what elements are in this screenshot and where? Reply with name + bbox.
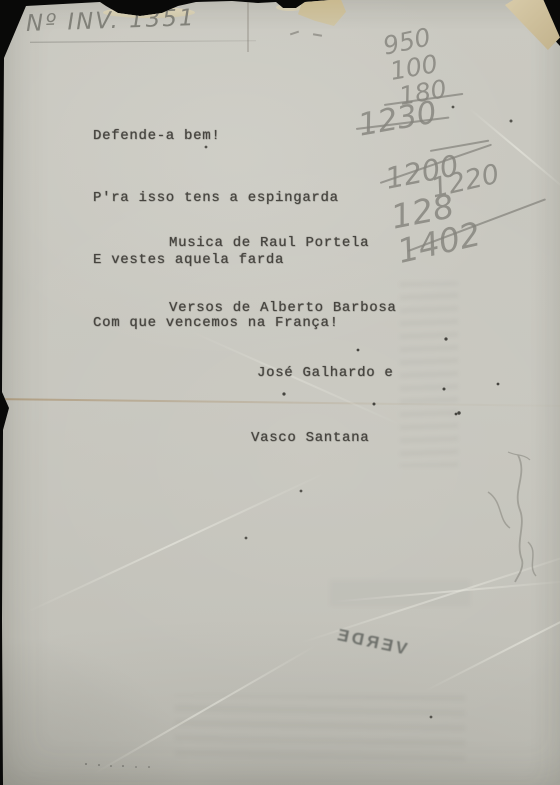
bleedthrough-smudge [175,695,465,761]
credits-line: José Galhardo e [169,363,397,385]
pencil-tick [313,33,322,37]
crease-line [95,645,317,774]
scanned-document: Nº INV. 1351 Defende-a bem! P'ra isso te… [0,0,560,785]
torn-paper-patch [298,0,346,26]
paper-sheet: Nº INV. 1351 Defende-a bem! P'ra isso te… [0,0,560,785]
bleedthrough-smudge [400,282,458,467]
credits-line: Vasco Santana [169,428,397,450]
corner-cut-edge [1,3,26,57]
bleedthrough-smudge [330,580,470,606]
pencil-tick [290,31,299,36]
inventory-number: Nº INV. 1351 [26,5,196,37]
crease-line [425,588,560,692]
mirrored-stamp-text: VERDE [333,625,409,660]
credits-line: Versos de Alberto Barbosa [169,298,397,320]
faint-dotted-marks [85,763,87,765]
paper-specks [0,0,2,2]
credits-block: Musica de Raul Portela Versos de Alberto… [169,190,397,492]
crease-line [247,0,249,52]
inventory-underline [30,40,256,43]
pencil-scribble [458,450,553,585]
crease-line [25,473,325,614]
pencil-flourish-line [430,140,489,152]
poem-line: Defende-a bem! [93,126,339,147]
credits-line: Musica de Raul Portela [169,233,397,255]
